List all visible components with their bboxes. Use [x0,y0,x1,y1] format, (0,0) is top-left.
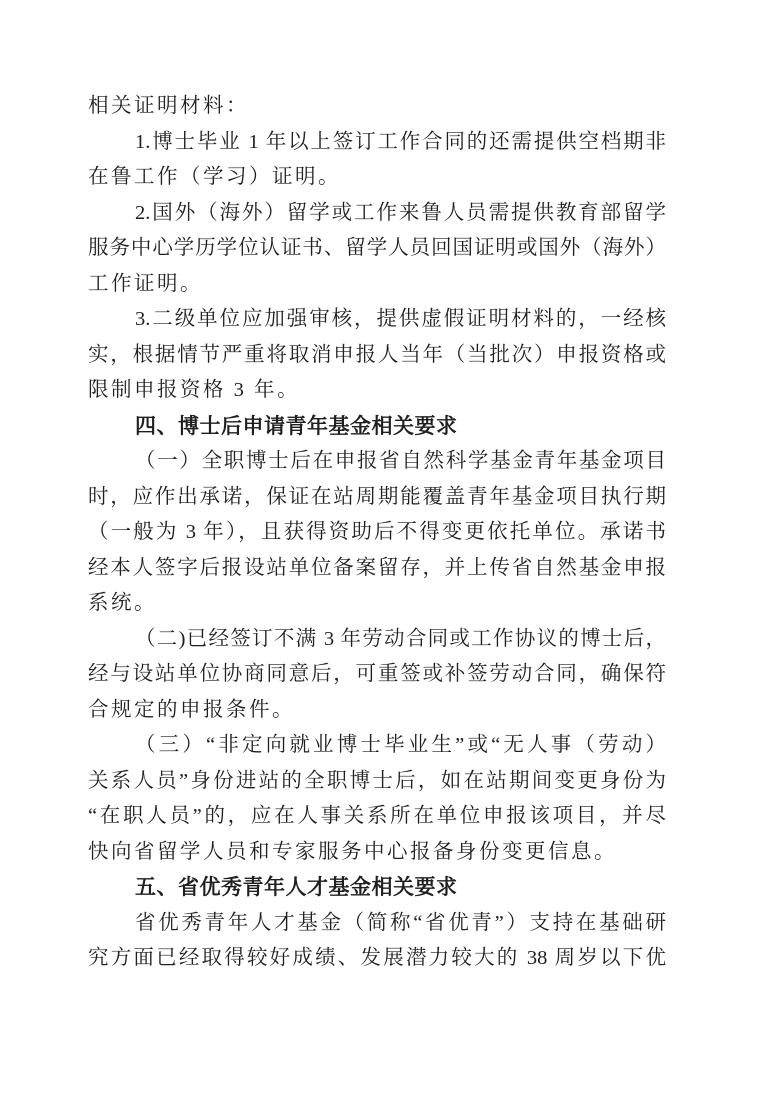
text-line: 快向省留学人员和专家服务中心报备身份变更信息。 [88,835,666,871]
text-line: 合规定的申报条件。 [88,693,666,729]
text-line: 系统。 [88,586,666,622]
text-line: 关系人员”身份进站的全职博士后，如在站期间变更身份为 [88,764,666,800]
text-line: （一）全职博士后在申报省自然科学基金青年基金项目 [88,444,666,480]
text-line: （二)已经签订不满 3 年劳动合同或工作协议的博士后， [88,622,666,658]
text-line: 时，应作出承诺，保证在站周期能覆盖青年基金项目执行期 [88,480,666,516]
document-body: 相关证明材料： 1.博士毕业 1 年以上签订工作合同的还需提供空档期非 在鲁工作… [88,89,666,977]
text-line: （三）“非定向就业博士毕业生”或“无人事（劳动） [88,728,666,764]
text-line: 经与设站单位协商同意后，可重签或补签劳动合同，确保符 [88,657,666,693]
text-line: 省优秀青年人才基金（简称“省优青”）支持在基础研 [88,906,666,942]
text-line: 3.二级单位应加强审核，提供虚假证明材料的，一经核 [88,302,666,338]
text-line: 1.博士毕业 1 年以上签订工作合同的还需提供空档期非 [88,125,666,161]
text-line: 实，根据情节严重将取消申报人当年（当批次）申报资格或 [88,338,666,374]
section-heading-4: 四、博士后申请青年基金相关要求 [88,409,666,445]
text-line: 服务中心学历学位认证书、留学人员回国证明或国外（海外） [88,231,666,267]
text-line: （一般为 3 年），且获得资助后不得变更依托单位。承诺书 [88,515,666,551]
text-line: 经本人签字后报设站单位备案留存，并上传省自然基金申报 [88,551,666,587]
text-line: 究方面已经取得较好成绩、发展潜力较大的 38 周岁以下优 [88,941,666,977]
text-line: 相关证明材料： [88,89,666,125]
section-heading-5: 五、省优秀青年人才基金相关要求 [88,870,666,906]
text-line: “在职人员”的，应在人事关系所在单位申报该项目，并尽 [88,799,666,835]
document-page: 相关证明材料： 1.博士毕业 1 年以上签订工作合同的还需提供空档期非 在鲁工作… [0,0,774,1104]
text-line: 工作证明。 [88,267,666,303]
text-line: 限制申报资格 3 年。 [88,373,666,409]
text-line: 2.国外（海外）留学或工作来鲁人员需提供教育部留学 [88,196,666,232]
text-line: 在鲁工作（学习）证明。 [88,160,666,196]
